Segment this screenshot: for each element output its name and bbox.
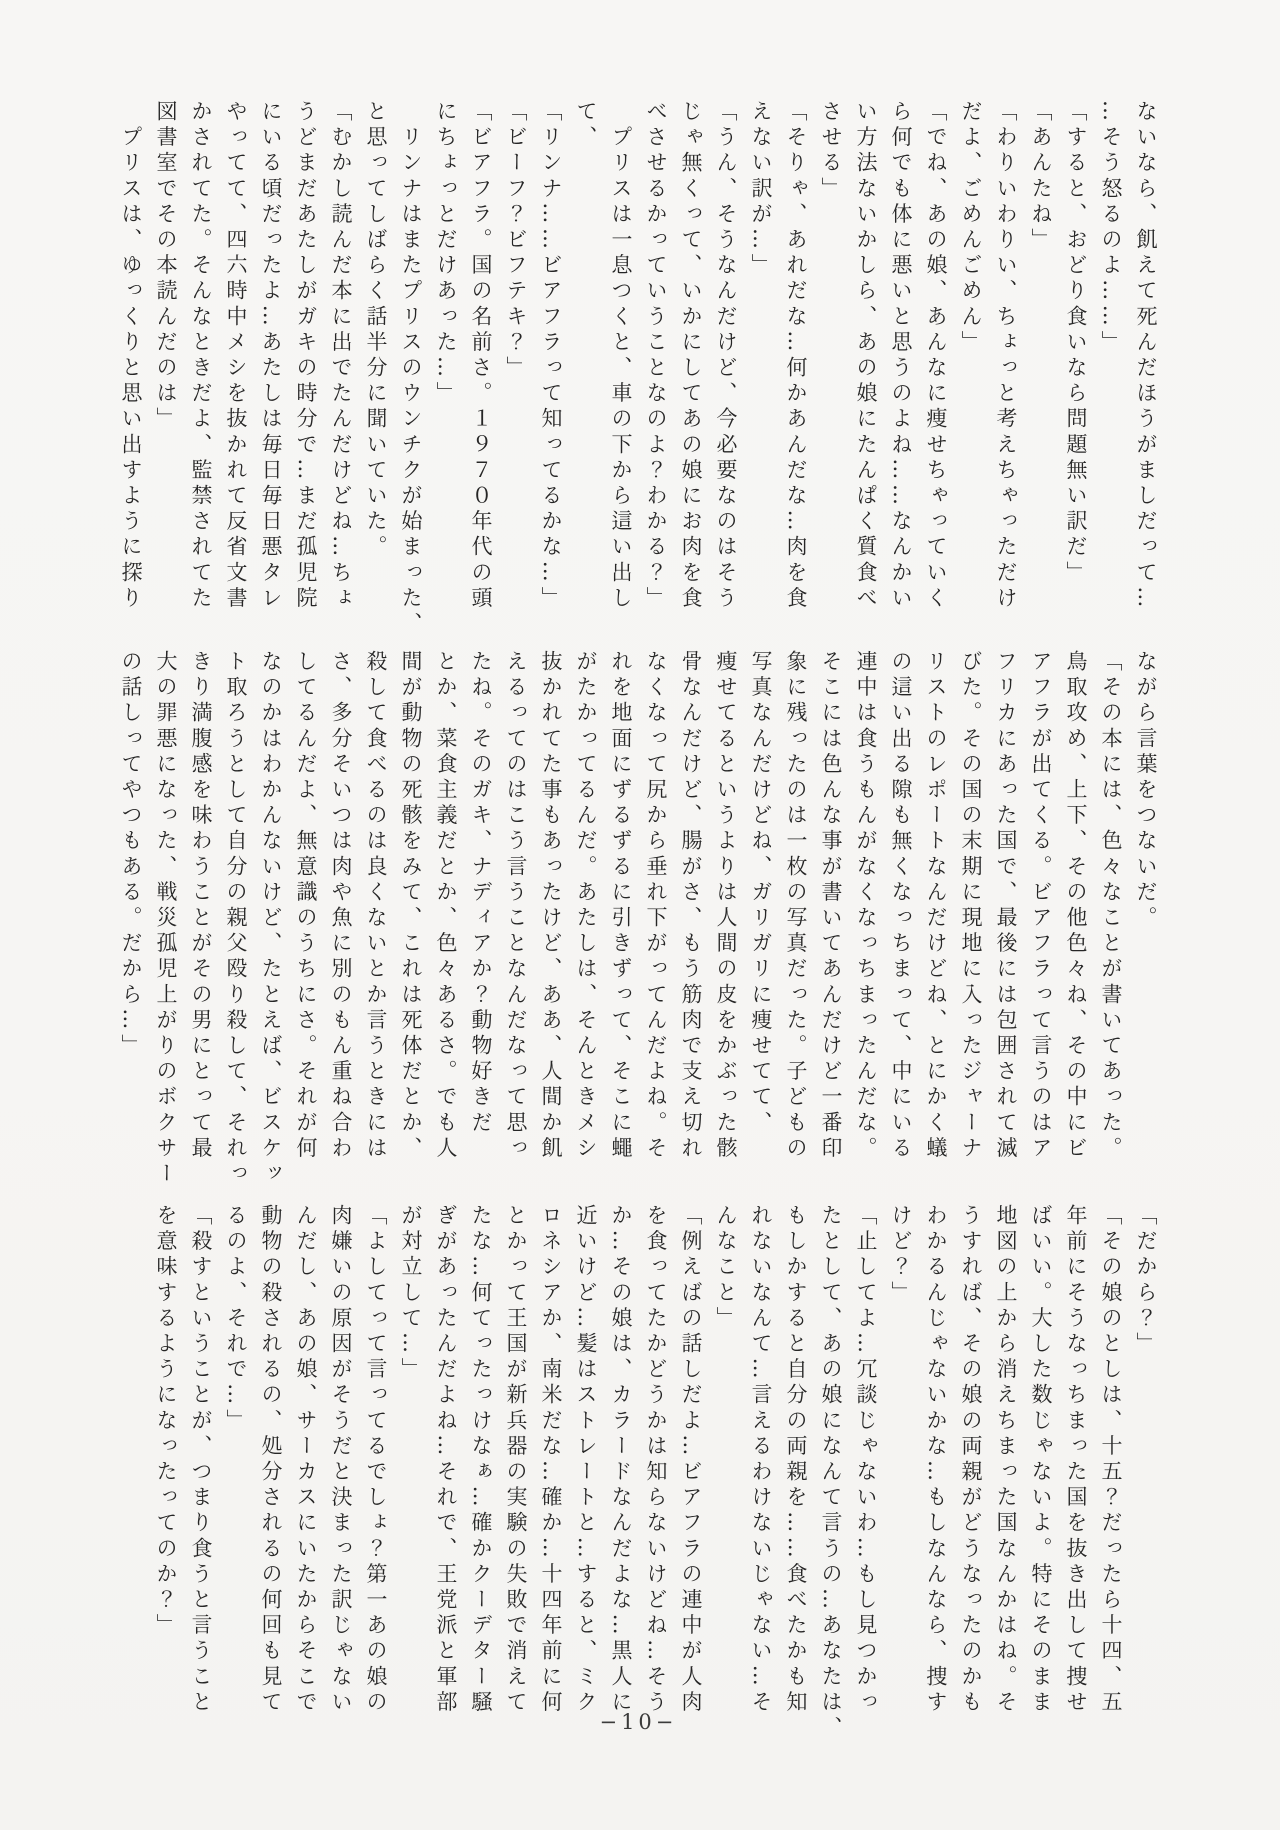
text-column: んだし、あの娘、サーカスにいたからそこで <box>288 1204 323 1769</box>
text-band-top: ないなら、飢えて死んだほうがましだって……そう怒るのよ……」「すると、おどり食い… <box>113 100 1163 665</box>
text-column: が対立して…」 <box>393 1204 428 1769</box>
text-column: …そう怒るのよ……」 <box>1093 100 1128 665</box>
text-column: の這い出る隙も無くなっちまって、中にいる <box>883 650 918 1215</box>
text-column: じゃ無くって、いかにしてあの娘にお肉を食 <box>673 100 708 665</box>
text-column: もしかすると自分の両親を……食べたかも知 <box>778 1204 813 1769</box>
text-column: 「でね、あの娘、あんなに痩せちゃっていく <box>918 100 953 665</box>
text-column: 骨なんだけど、腸がさ、もう筋肉で支え切れ <box>673 650 708 1215</box>
text-column: リストのレポートなんだけどね、とにかく蟻 <box>918 650 953 1215</box>
text-column: なくなって尻から垂れ下がってんだよね。そ <box>638 650 673 1215</box>
text-column: 年前にそうなっちまった国を抜き出して捜せ <box>1058 1204 1093 1769</box>
text-column: を意味するようになったってのか？」 <box>148 1204 183 1769</box>
text-column: たね。そのガキ、ナディアか？動物好きだ <box>463 650 498 1215</box>
text-column: やってて、四六時中メシを抜かれて反省文書 <box>218 100 253 665</box>
text-column: だよ、ごめんごめん」 <box>953 100 988 665</box>
text-column: けど？」 <box>883 1204 918 1769</box>
text-column: 「むかし読んだ本に出でたんだけどね…ちょ <box>323 100 358 665</box>
text-column: 「あんたね」 <box>1023 100 1058 665</box>
text-column: アフラが出てくる。ビアフラって言うのはア <box>1023 650 1058 1215</box>
text-column: ながら言葉をつないだ。 <box>1128 650 1163 1215</box>
text-column: 「ビアフラ。国の名前さ。１９７０年代の頭 <box>463 100 498 665</box>
text-column: プリスは一息つくと、車の下から這い出し <box>603 100 638 665</box>
text-column: 肉嫌いの原因がそうだと決まった訳じゃない <box>323 1204 358 1769</box>
text-column: か…その娘は、カラードなんだよな…黒人に <box>603 1204 638 1769</box>
text-column: るのよ、それで…」 <box>218 1204 253 1769</box>
text-column: 「リンナ……ビアフラって知ってるかな…」 <box>533 100 568 665</box>
text-column: してるんだよ、無意識のうちにさ。それが何 <box>288 650 323 1215</box>
text-column: 動物の殺されるの、処分されるの何回も見て <box>253 1204 288 1769</box>
text-column: うどまだあたしがガキの時分で…まだ孤児院 <box>288 100 323 665</box>
text-column: 鳥取攻め、上下、その他色々ね、その中にビ <box>1058 650 1093 1215</box>
text-column: 痩せてるというよりは人間の皮をかぶった骸 <box>708 650 743 1215</box>
text-column: 近いけど…髪はストレートと…すると、ミク <box>568 1204 603 1769</box>
text-column: ばいい。大した数じゃないよ。特にそのまま <box>1023 1204 1058 1769</box>
text-column: ロネシアか、南米だな…確か…十四年前に何 <box>533 1204 568 1769</box>
text-column: 殺して食べるのは良くないとか言うときには <box>358 650 393 1215</box>
page-number: −10− <box>599 1710 677 1734</box>
text-column: きり満腹感を味わうことがその男にとって最 <box>183 650 218 1215</box>
text-column: れを地面にずるずるに引きずって、そこに蠅 <box>603 650 638 1215</box>
text-column: を食ってたかどうかは知らないけどね…そう <box>638 1204 673 1769</box>
text-column: 「うん、そうなんだけど、今必要なのはそう <box>708 100 743 665</box>
text-column: の話しってやつもある。だから…」 <box>113 650 148 1215</box>
text-band-bottom: 「だから？」「その娘のとしは、十五？だったら十四、五年前にそうなっちまった国を抜… <box>148 1204 1163 1769</box>
text-column: 「だから？」 <box>1128 1204 1163 1769</box>
text-column: 地図の上から消えちまった国なんかはね。そ <box>988 1204 1023 1769</box>
text-column: 「そりゃ、あれだな…何かあんだな…肉を食 <box>778 100 813 665</box>
text-column: 間が動物の死骸をみて、これは死体だとか、 <box>393 650 428 1215</box>
text-column: 「その本には、色々なことが書いてあった。 <box>1093 650 1128 1215</box>
text-column: べさせるかっていうことなのよ？わかる？」 <box>638 100 673 665</box>
text-column: 「殺すということが、つまり食うと言うこと <box>183 1204 218 1769</box>
text-column: 連中は食うもんがなくなっちまったんだな。 <box>848 650 883 1215</box>
text-column: とかって王国が新兵器の実験の失敗で消えて <box>498 1204 533 1769</box>
text-column: かされてた。そんなときだよ、監禁されてた <box>183 100 218 665</box>
text-column: えるってのはこう言うことなんだなって思っ <box>498 650 533 1215</box>
text-column: させる」 <box>813 100 848 665</box>
text-column: たな…何てったっけなぁ…確かクーデター騒 <box>463 1204 498 1769</box>
text-column: たとして、あの娘になんて言うの…あなたは、 <box>813 1204 848 1769</box>
text-column: がたかってるんだ。あたしは、そんときメシ <box>568 650 603 1215</box>
text-column: 「止してよ…冗談じゃないわ…もし見つかっ <box>848 1204 883 1769</box>
text-column: にちょっとだけあった…」 <box>428 100 463 665</box>
text-column: わかるんじゃないかな…もしなんなら、捜す <box>918 1204 953 1769</box>
text-column: ぎがあったんだよね…それで、王党派と軍部 <box>428 1204 463 1769</box>
text-column: 象に残ったのは一枚の写真だった。子どもの <box>778 650 813 1215</box>
text-column: フリカにあった国で、最後には包囲されて滅 <box>988 650 1023 1215</box>
text-column: 「わりいわりい、ちょっと考えちゃっただけ <box>988 100 1023 665</box>
text-column: びた。その国の末期に現地に入ったジャーナ <box>953 650 988 1215</box>
text-column: にいる頃だったよ…あたしは毎日毎日悪タレ <box>253 100 288 665</box>
text-column: んなこと」 <box>708 1204 743 1769</box>
text-column: リンナはまたプリスのウンチクが始まった、 <box>393 100 428 665</box>
text-column: プリスは、ゆっくりと思い出すように探り <box>113 100 148 665</box>
text-column: うすれば、その娘の両親がどうなったのかも <box>953 1204 988 1769</box>
text-column: そこには色んな事が書いてあんだけど一番印 <box>813 650 848 1215</box>
text-column: さ、多分そいつは肉や魚に別のもん重ね合わ <box>323 650 358 1215</box>
scanned-page: ないなら、飢えて死んだほうがましだって……そう怒るのよ……」「すると、おどり食い… <box>0 0 1280 1830</box>
text-column: 大の罪悪になった、戦災孤児上がりのボクサー <box>148 650 183 1215</box>
text-column: とか、菜食主義だとか、色々あるさ。でも人 <box>428 650 463 1215</box>
text-column: なのかはわかんないけど、たとえば、ビスケッ <box>253 650 288 1215</box>
text-column: えない訳が…」 <box>743 100 778 665</box>
text-column: 「その娘のとしは、十五？だったら十四、五 <box>1093 1204 1128 1769</box>
text-column: て、 <box>568 100 603 665</box>
text-column: ら何でも体に悪いと思うのよね……なんかい <box>883 100 918 665</box>
text-column: れないなんて…言えるわけないじゃない…そ <box>743 1204 778 1769</box>
text-column: 「例えばの話しだよ…ビアフラの連中が人肉 <box>673 1204 708 1769</box>
text-column: ないなら、飢えて死んだほうがましだって… <box>1128 100 1163 665</box>
text-column: と思ってしばらく話半分に聞いていた。 <box>358 100 393 665</box>
text-column: ト取ろうとして自分の親父殴り殺して、それっ <box>218 650 253 1215</box>
text-column: 写真なんだけどね、ガリガリに痩せてて、 <box>743 650 778 1215</box>
text-column: い方法ないかしら、あの娘にたんぱく質食べ <box>848 100 883 665</box>
text-band-middle: ながら言葉をつないだ。「その本には、色々なことが書いてあった。鳥取攻め、上下、そ… <box>113 650 1163 1215</box>
text-column: 「ビーフ？ビフテキ？」 <box>498 100 533 665</box>
text-column: 抜かれてた事もあったけど、ああ、人間か飢 <box>533 650 568 1215</box>
text-column: 図書室でその本読んだのは」 <box>148 100 183 665</box>
text-column: 「すると、おどり食いなら問題無い訳だ」 <box>1058 100 1093 665</box>
text-column: 「よしてって言ってるでしょ？第一あの娘の <box>358 1204 393 1769</box>
